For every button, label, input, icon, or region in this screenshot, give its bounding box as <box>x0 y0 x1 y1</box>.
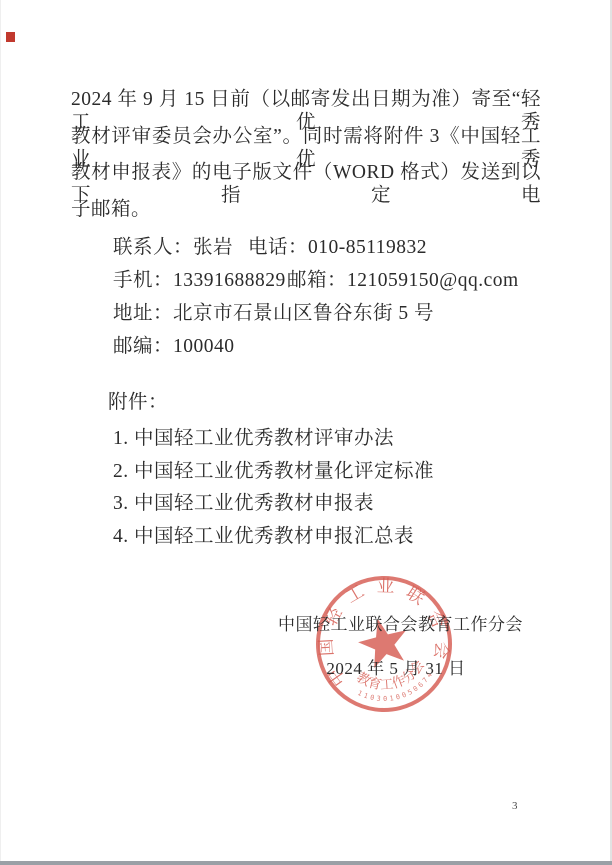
contact-person: 联系人：张岩 <box>113 231 248 259</box>
attachment-item: 1. 中国轻工业优秀教材评审办法 <box>113 422 394 450</box>
contact-address: 地址：北京市石景山区鲁谷东街 5 号 <box>113 297 434 325</box>
attachment-item: 3. 中国轻工业优秀教材申报表 <box>113 487 374 515</box>
page-edge-bottom <box>0 861 612 865</box>
attachment-item: 2. 中国轻工业优秀教材量化评定标准 <box>113 455 434 483</box>
signature-block: 中国轻工业联合会教育工作分会 2024 年 5 月 31 日 <box>278 610 514 679</box>
contact-email: 邮箱：121059150@qq.com <box>287 270 519 291</box>
attachment-item: 4. 中国轻工业优秀教材申报汇总表 <box>113 520 414 548</box>
contact-phone: 电话：010-85119832 <box>248 237 427 258</box>
contact-line: 手机：13391688829邮箱：121059150@qq.com <box>113 264 519 292</box>
document-page: 2024 年 9 月 15 日前（以邮寄发出日期为准）寄至“轻工优秀 教材评审委… <box>0 0 612 865</box>
contact-line: 联系人：张岩电话：010-85119832 <box>113 231 427 259</box>
contact-mobile: 手机：13391688829 <box>113 264 287 292</box>
page-number: 3 <box>512 800 518 812</box>
attachments-heading: 附件： <box>108 386 168 414</box>
red-corner-mark <box>6 32 15 42</box>
signature-date: 2024 年 5 月 31 日 <box>278 654 514 679</box>
paragraph-line: 子邮箱。 <box>71 198 541 221</box>
contact-zipcode: 邮编：100040 <box>113 330 235 358</box>
signature-org: 中国轻工业联合会教育工作分会 <box>278 610 514 635</box>
page-edge-left <box>0 0 1 865</box>
